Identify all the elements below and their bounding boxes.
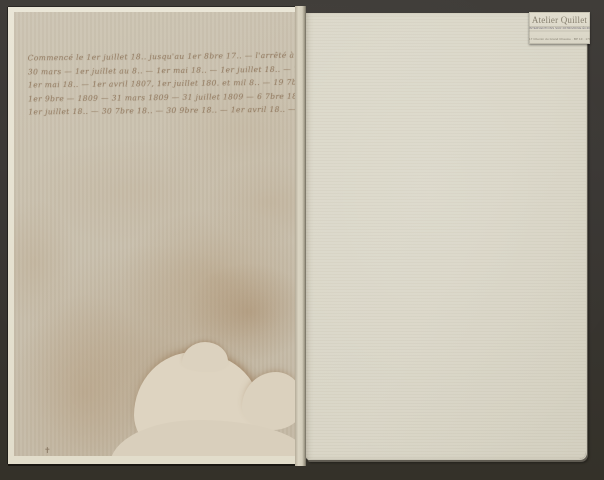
right-page-paper [306, 13, 586, 459]
repair-patch-lobe-top [182, 342, 228, 372]
label-subtitle-text: INTERVENTIONS SUR PATRIMOINE ÉCRIT [529, 26, 590, 31]
left-page-board-edge: Commencé le 1er juillet 18.. jusqu'au 1e… [8, 7, 295, 464]
label-brand-text: Atelier Quillet [529, 15, 590, 25]
label-address-text: 17 Chemin du Grand Chaume · BP 10 · 1711… [529, 38, 590, 41]
faded-corner-mark: ✝ [44, 446, 51, 455]
book-gutter [295, 6, 306, 466]
book-scan-canvas: Commencé le 1er juillet 18.. jusqu'au 1e… [0, 0, 604, 480]
manuscript-line: 1er juillet 18.. — 30 7bre 18.. — 30 9br… [28, 103, 295, 119]
handwritten-annotation-block: Commencé le 1er juillet 18.. jusqu'au 1e… [28, 49, 295, 119]
atelier-quillet-label: Atelier Quillet INTERVENTIONS SUR PATRIM… [529, 12, 590, 44]
left-page-paper: Commencé le 1er juillet 18.. jusqu'au 1e… [14, 12, 295, 456]
